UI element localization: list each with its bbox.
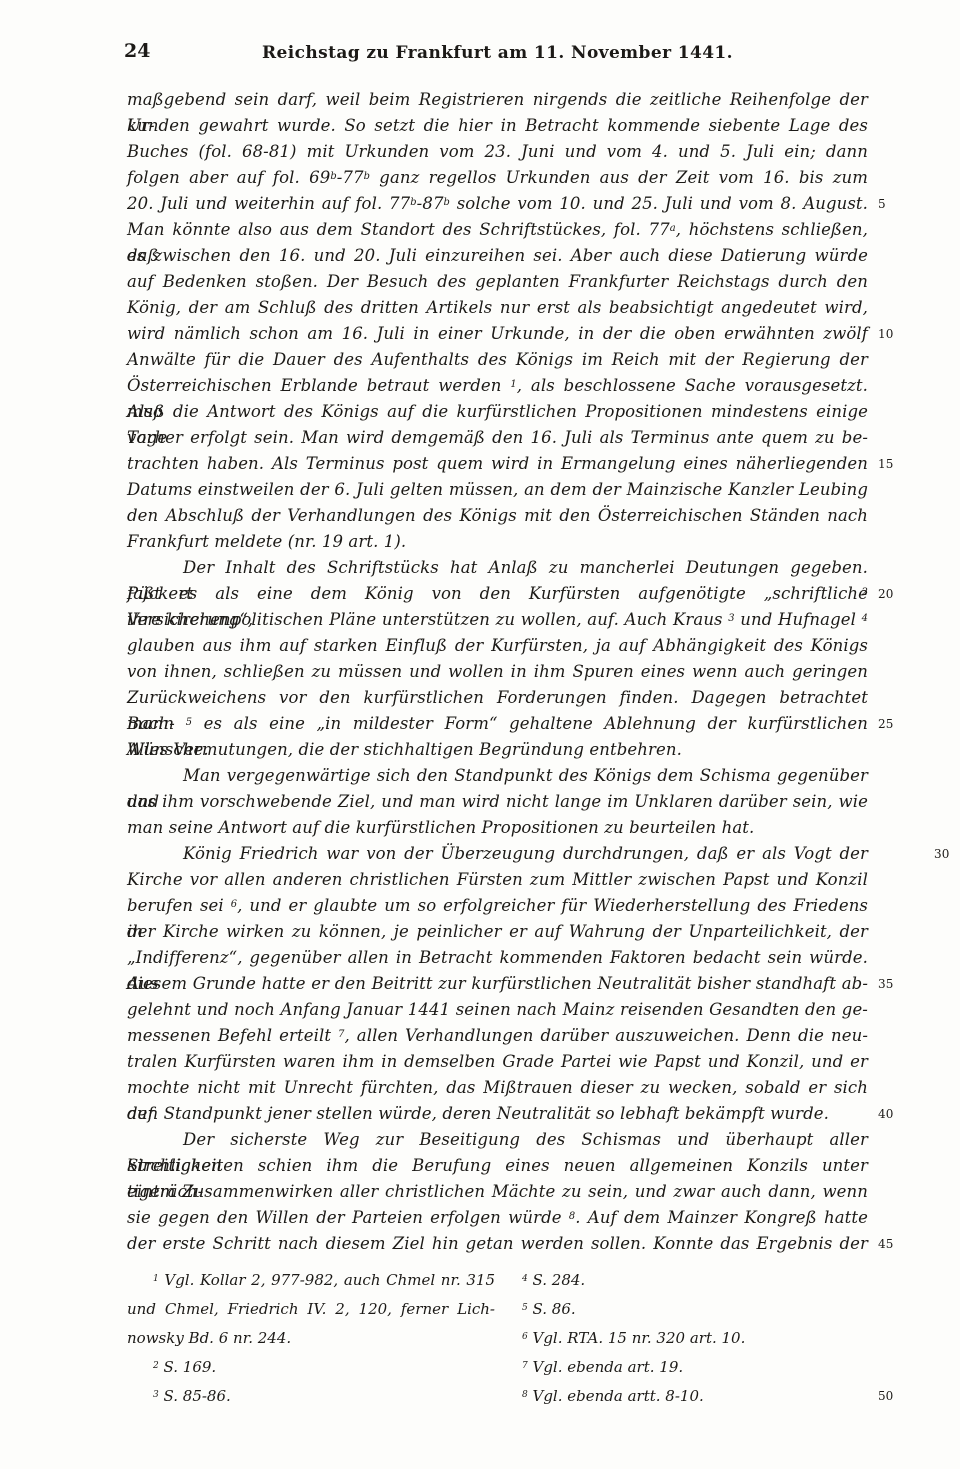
body-line: sie gegen den Willen der Parteien erfolg… [127, 1205, 868, 1231]
body-line: Frankfurt meldete (nr. 19 art. 1). [127, 529, 868, 555]
main-text-block: maßgebend sein darf, weil beim Registrie… [127, 87, 868, 1257]
body-line: Buches (fol. 68-81) mit Urkunden vom 23.… [127, 139, 868, 165]
body-line: trachten haben. Als Terminus post quem w… [127, 451, 868, 477]
footnote-line: 4 S. 284. [522, 1266, 868, 1295]
superscript: 5 [522, 1303, 528, 1313]
footnote-line: 6 Vgl. RTA. 15 nr. 320 art. 10. [522, 1324, 868, 1353]
margin-line-number: 40 [878, 1101, 912, 1127]
body-line: faßt es als eine dem König von den Kurfü… [127, 581, 868, 607]
body-line: „Indifferenz“, gegenüber allen in Betrac… [127, 945, 868, 971]
body-line: glauben aus ihm auf starken Einfluß der … [127, 633, 868, 659]
footnote-line: 8 Vgl. ebenda artt. 8-10.50 [522, 1382, 868, 1411]
body-line: König, der am Schluß des dritten Artikel… [127, 295, 868, 321]
superscript: 1 [510, 379, 516, 390]
footnote-line: 2 S. 169. [127, 1353, 495, 1382]
body-line: gelehnt und noch Anfang Januar 1441 sein… [127, 997, 868, 1023]
body-line: auf Bedenken stoßen. Der Besuch des gepl… [127, 269, 868, 295]
body-line: 20. Juli und weiterhin auf fol. 77b-87b … [127, 191, 868, 217]
superscript: b [330, 171, 336, 182]
margin-line-number: 50 [878, 1382, 912, 1411]
body-line: Anwälte für die Dauer des Aufenthalts de… [127, 347, 868, 373]
superscript: a [670, 223, 676, 234]
body-line: mochte nicht mit Unrecht fürchten, das M… [127, 1075, 868, 1101]
superscript: b [364, 171, 370, 182]
superscript: 8 [522, 1390, 528, 1400]
footnote-column-left: 1 Vgl. Kollar 2, 977-982, auch Chmel nr.… [127, 1266, 495, 1411]
body-line: diesem Grunde hatte er den Beitritt zur … [127, 971, 868, 997]
body-line: Der Inhalt des Schriftstücks hat Anlaß z… [127, 555, 868, 581]
margin-line-number: 10 [878, 321, 912, 347]
body-line: vorher erfolgt sein. Man wird demgemäß d… [127, 425, 868, 451]
footnote-line: 7 Vgl. ebenda art. 19. [522, 1353, 868, 1382]
body-line: Kirche vor allen anderen christlichen Fü… [127, 867, 868, 893]
body-line: tralen Kurfürsten waren ihm in demselben… [127, 1049, 868, 1075]
running-head: Reichstag zu Frankfurt am 11. November 1… [127, 43, 868, 63]
body-line: messenen Befehl erteilt 7, allen Verhand… [127, 1023, 868, 1049]
superscript: 3 [153, 1390, 159, 1400]
body-line: Datums einstweilen der 6. Juli gelten mü… [127, 477, 868, 503]
superscript: 7 [338, 1029, 344, 1040]
superscript: 6 [231, 899, 237, 910]
body-line: der erste Schritt nach diesem Ziel hin g… [127, 1231, 868, 1257]
body-line: den Standpunkt jener stellen würde, dere… [127, 1101, 868, 1127]
superscript: 7 [522, 1361, 528, 1371]
body-line: Zurückweichens vor den kurfürstlichen Fo… [127, 685, 868, 711]
body-line: der Kirche wirken zu können, je peinlich… [127, 919, 868, 945]
book-page: 24 Reichstag zu Frankfurt am 11. Novembe… [0, 0, 960, 1469]
footnote-line: nowsky Bd. 6 nr. 244. [127, 1324, 495, 1353]
body-line: König Friedrich war von der Überzeugung … [127, 841, 868, 867]
margin-line-number: 25 [878, 711, 912, 737]
margin-line-number: 35 [878, 971, 912, 997]
body-line: Alles Vermutungen, die der stichhaltigen… [127, 737, 868, 763]
body-line: das ihm vorschwebende Ziel, und man wird… [127, 789, 868, 815]
body-line: kunden gewahrt wurde. So setzt die hier … [127, 113, 868, 139]
superscript: 6 [522, 1332, 528, 1342]
superscript: b [410, 197, 416, 208]
footnote-column-right: 4 S. 284.5 S. 86.6 Vgl. RTA. 15 nr. 320 … [522, 1266, 868, 1411]
body-line: Streitigkeiten schien ihm die Berufung e… [127, 1153, 868, 1179]
margin-line-number: 5 [878, 191, 912, 217]
footnote-line: 3 S. 85-86. [127, 1382, 495, 1411]
body-line: ihre kirchenpolitischen Pläne unterstütz… [127, 607, 868, 633]
superscript: 8 [569, 1211, 575, 1222]
footnote-line: und Chmel, Friedrich IV. 2, 120, ferner … [127, 1295, 495, 1324]
body-line: muß die Antwort des Königs auf die kurfü… [127, 399, 868, 425]
margin-line-number: 45 [878, 1231, 912, 1257]
footnote-section: 1 Vgl. Kollar 2, 977-982, auch Chmel nr.… [127, 1266, 868, 1411]
body-line: tigem Zusammenwirken aller christlichen … [127, 1179, 868, 1205]
body-line: berufen sei 6, und er glaubte um so erfo… [127, 893, 868, 919]
margin-line-number: 20 [878, 581, 912, 607]
superscript: b [444, 197, 450, 208]
superscript: 2 [153, 1361, 159, 1371]
footnote-line: 5 S. 86. [522, 1295, 868, 1324]
body-line: es zwischen den 16. und 20. Juli einzure… [127, 243, 868, 269]
body-line: man seine Antwort auf die kurfürstlichen… [127, 815, 868, 841]
body-line: den Abschluß der Verhandlungen des König… [127, 503, 868, 529]
body-line: maßgebend sein darf, weil beim Registrie… [127, 87, 868, 113]
margin-line-number: 15 [878, 451, 912, 477]
body-line: wird nämlich schon am 16. Juli in einer … [127, 321, 868, 347]
superscript: 1 [153, 1274, 159, 1284]
superscript: 5 [186, 717, 192, 728]
body-line: Der sicherste Weg zur Beseitigung des Sc… [127, 1127, 868, 1153]
superscript: 3 [728, 613, 734, 624]
body-line: mann 5 es als eine „in mildester Form“ g… [127, 711, 868, 737]
superscript: 4 [522, 1274, 528, 1284]
margin-line-number: 30 [878, 841, 912, 867]
body-line: Man vergegenwärtige sich den Standpunkt … [127, 763, 868, 789]
footnote-line: 1 Vgl. Kollar 2, 977-982, auch Chmel nr.… [127, 1266, 495, 1295]
body-line: Österreichischen Erblande betraut werden… [127, 373, 868, 399]
body-line: von ihnen, schließen zu müssen und wolle… [127, 659, 868, 685]
body-line: folgen aber auf fol. 69b-77b ganz regell… [127, 165, 868, 191]
body-line: Man könnte also aus dem Standort des Sch… [127, 217, 868, 243]
superscript: 4 [862, 613, 868, 624]
